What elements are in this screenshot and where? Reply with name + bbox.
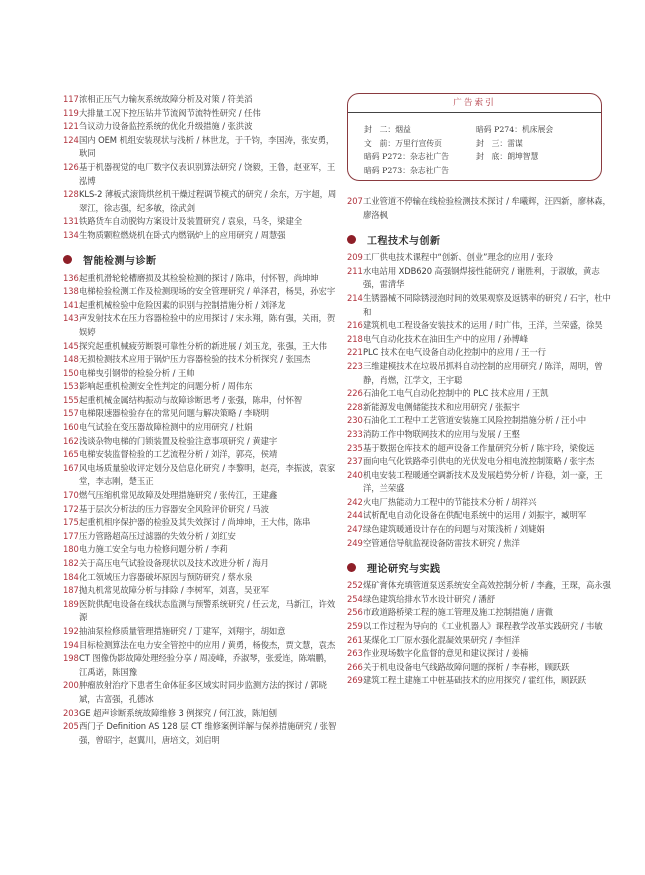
page-number: 124 (63, 134, 79, 148)
ad-index-item: 封 三：雷谋 (476, 138, 593, 149)
toc-entry[interactable]: 180电力施工安全与电力检修问题分析 / 李莉 (63, 543, 339, 557)
page-number: 216 (347, 319, 363, 333)
page-number: 203 (63, 707, 79, 721)
ad-index-item: 封 底：朗坤智慧 (476, 151, 593, 162)
toc-entry[interactable]: 209工厂供电技术课程中“创新、创业”理念的应用 / 张玲 (347, 251, 612, 265)
toc-entry[interactable]: 165电梯安装监督检验的工艺流程分析 / 刘洋，郭亮，侯靖 (63, 448, 339, 462)
toc-group-general: 117浓相正压气力输灰系统故障分析及对策 / 符美滔119大排量工况下控压钻井节… (63, 93, 339, 243)
entry-title: 消防工作中物联网技术的应用与发展 / 王壑 (363, 429, 520, 439)
toc-group-continued: 207工业管道不停输在线检验检测技术探讨 / 牟曦辉，汪四新，廖林森，廖洛枫 (347, 195, 612, 222)
toc-entry[interactable]: 124国内 OEM 机组安装现状与浅析 / 林世龙，于千钧，李国涛，张安勇，耿同 (63, 134, 339, 161)
page-number: 249 (347, 537, 363, 551)
entry-title: 电梯曳引钢带的检验分析 / 王帅 (79, 368, 194, 378)
toc-entry[interactable]: 143声发射技术在压力容器检验中的应用探讨 / 宋永翔，陈有强，关雨，贺娱婷 (63, 312, 339, 339)
toc-entry[interactable]: 256市政道路桥梁工程的施工管理及施工控制措施 / 唐微 (347, 606, 612, 620)
toc-entry[interactable]: 211水电站用 XDB620 高强钢焊接性能研究 / 谢胜利，于淑敏，黄志强，雷… (347, 265, 612, 292)
entry-title: 抛丸机常见故障分析与排除 / 李树军，刘喜，吴亚军 (79, 585, 269, 595)
ad-index-item: 暗码 P274：机床展会 (476, 124, 593, 135)
ad-advertiser: 杂志社广告 (410, 166, 449, 175)
toc-entry[interactable]: 226石油化工电气自动化控制中的 PLC 技术应用 / 王凯 (347, 387, 612, 401)
toc-entry[interactable]: 240机电安装工程暖通空调新技术及发展趋势分析 / 许稳，刘一豪，王洋，兰荣盛 (347, 469, 612, 496)
page-number: 136 (63, 272, 79, 286)
page-number: 189 (63, 598, 79, 612)
page-number: 223 (347, 360, 363, 374)
entry-title: 铁路货车自动脱钩方案设计及装置研究 / 袁泉，马冬，梁建全 (79, 216, 302, 226)
page-number: 175 (63, 516, 79, 530)
page-number: 200 (63, 679, 79, 693)
page-number: 214 (347, 292, 363, 306)
section-header-engineering: 工程技术与创新 (347, 231, 612, 247)
entry-title: 关于高压电气试验设备现状以及技术改进分析 / 海月 (79, 558, 269, 568)
toc-entry[interactable]: 126基于机器视觉的电厂数字仪表识别算法研究 / 饶毅，王鲁，赵亚军，王泓博 (63, 161, 339, 188)
entry-title: 国内 OEM 机组安装现状与浅析 / 林世龙，于千钧，李国涛，张安勇，耿同 (79, 135, 334, 159)
page-number: 244 (347, 509, 363, 523)
page-number: 126 (63, 161, 79, 175)
bullet-icon (347, 235, 356, 244)
page-number: 192 (63, 625, 79, 639)
entry-title: PLC 技术在电气设备自动化控制中的应用 / 王一行 (363, 347, 546, 357)
entry-title: 煤矿膏体充填管道泵送系统安全高效控制分析 / 李鑫，王琛，高永强 (363, 580, 611, 590)
entry-title: 绿色建筑暖通设计存在的问题与对策浅析 / 刘婕娟 (363, 524, 545, 534)
toc-entry[interactable]: 198CT 图像伪影故障处理经验分享 / 周凌峰，乔淑琴，张爱连，陈端鹏，江禹诺… (63, 652, 339, 679)
page-number: 233 (347, 428, 363, 442)
entry-title: 影响起重机检测安全性判定的问题分析 / 周伟东 (79, 381, 252, 391)
page-number: 182 (63, 557, 79, 571)
toc-entry[interactable]: 223三维建模技术在垃圾吊抓料自动控制的应用研究 / 陈洋，周明，曾静，肖燃，江… (347, 360, 612, 387)
entry-title: 西门子 Definition AS 128 层 CT 维修案例详解与保养措施研究… (79, 721, 336, 745)
entry-title: 水电站用 XDB620 高强钢焊接性能研究 / 谢胜利，于淑敏，黄志强，雷清华 (363, 266, 600, 290)
entry-title: 生锈器械不同除锈浸泡时间的效果观察及返锈率的研究 / 石宇，杜中和 (363, 293, 611, 317)
entry-title: 电梯检验检测工作及检测现场的安全管理研究 / 单泽君，杨昊，孙宏宇 (79, 286, 335, 296)
toc-entry[interactable]: 237面向电气化铁路牵引供电的光伏发电分相电流控制策略 / 张宇杰 (347, 455, 612, 469)
toc-entry[interactable]: 148无损检测技术应用于锅炉压力容器检验的技术分析探究 / 张国杰 (63, 353, 339, 367)
page-number: 259 (347, 620, 363, 634)
entry-title: 三维建模技术在垃圾吊抓料自动控制的应用研究 / 陈洋，周明，曾静，肖燃，江学文，… (363, 361, 603, 385)
page-number: 148 (63, 353, 79, 367)
ad-advertiser: 烟益 (395, 125, 411, 134)
entry-title: 压力管路超高压过滤器的失效分析 / 刘红安 (79, 531, 236, 541)
bullet-icon (347, 563, 356, 572)
page-number: 145 (63, 340, 79, 354)
entry-title: 化工领域压力容器破坏原因与预防研究 / 蔡水泉 (79, 572, 252, 582)
page-number: 180 (63, 543, 79, 557)
toc-entry[interactable]: 182关于高压电气试验设备现状以及技术改进分析 / 海月 (63, 557, 339, 571)
page-number: 228 (347, 401, 363, 415)
entry-title: 石油化工工程中工艺管道安装施工风险控制措施分析 / 汪小中 (363, 415, 586, 425)
toc-entry[interactable]: 235基于数据仓库技术的超声设备工作量研究分析 / 陈宇玲，梁俊远 (347, 442, 612, 456)
page-number: 184 (63, 571, 79, 585)
ad-index-item: 文 前：万里行宣传页 (364, 138, 476, 149)
entry-title: 无损检测技术应用于锅炉压力容器检验的技术分析探究 / 张国杰 (79, 354, 310, 364)
toc-entry[interactable]: 203GE 超声诊断系统故障维修 3 例探究 / 何江波，陈旭刨 (63, 707, 339, 721)
toc-entry[interactable]: 175起重机相序保护器的检验及其失效探讨 / 尚坤坤，王大伟，陈串 (63, 516, 339, 530)
page-number: 221 (347, 346, 363, 360)
toc-entry[interactable]: 228新能源发电侧储能技术和应用研究 / 张振宇 (347, 401, 612, 415)
ad-advertiser: 朗坤智慧 (507, 152, 538, 161)
page-number: 261 (347, 634, 363, 648)
entry-title: 新能源发电侧储能技术和应用研究 / 张振宇 (363, 402, 520, 412)
page-number: 237 (347, 455, 363, 469)
toc-entry[interactable]: 187抛丸机常见故障分析与排除 / 李树军，刘喜，吴亚军 (63, 584, 339, 598)
page-number: 153 (63, 380, 79, 394)
left-column: 117浓相正压气力输灰系统故障分析及对策 / 符美滔119大排量工况下控压钻井节… (63, 93, 339, 747)
ad-advertiser: 万里行宣传页 (395, 139, 442, 148)
toc-entry[interactable]: 263作业现场数字化监督的意见和建议探讨 / 姜楠 (347, 647, 612, 661)
entry-title: 浅谈杂物电梯的门锁装置及检验注意事项研究 / 黄建宇 (79, 436, 277, 446)
toc-entry[interactable]: 157电梯限速器检验存在的常见问题与解决策略 / 李晓明 (63, 407, 339, 421)
page-number: 218 (347, 333, 363, 347)
toc-entry[interactable]: 221PLC 技术在电气设备自动化控制中的应用 / 王一行 (347, 346, 612, 360)
entry-title: 肿瘤放射治疗下患者生命体征多区域实时同步监测方法的探讨 / 郭晓斌，古富强，孔德… (79, 680, 327, 704)
page-number: 266 (347, 661, 363, 675)
page-number: 121 (63, 120, 79, 134)
page-number: 170 (63, 489, 79, 503)
ad-position: 封 三： (476, 139, 507, 148)
page-number: 119 (63, 107, 79, 121)
page-number: 247 (347, 523, 363, 537)
section-header-theory: 理论研究与实践 (347, 559, 612, 575)
page-number: 150 (63, 367, 79, 381)
toc-entry[interactable]: 214生锈器械不同除锈浸泡时间的效果观察及返锈率的研究 / 石宇，杜中和 (347, 292, 612, 319)
entry-title: 风电场质量验收评定划分及信息化研究 / 李黎明，赵亮，李振波，袁家堂，李志刚，楚… (79, 463, 335, 487)
toc-entry[interactable]: 205西门子 Definition AS 128 层 CT 维修案例详解与保养措… (63, 720, 339, 747)
toc-entry[interactable]: 218电气自动化技术在油田生产中的应用 / 孙博峰 (347, 333, 612, 347)
toc-entry[interactable]: 269建筑工程土建施工中桩基础技术的应用探究 / 霍红伟，顾跃跃 (347, 674, 612, 688)
toc-entry[interactable]: 177压力管路超高压过滤器的失效分析 / 刘红安 (63, 530, 339, 544)
toc-group-theory: 252煤矿膏体充填管道泵送系统安全高效控制分析 / 李鑫，王琛，高永强254绿色… (347, 579, 612, 688)
ad-index-box: 广告索引 封 二：烟益暗码 P274：机床展会文 前：万里行宣传页封 三：雷谋暗… (347, 93, 602, 181)
section-title: 理论研究与实践 (367, 560, 441, 575)
page-number: 269 (347, 674, 363, 688)
toc-entry[interactable]: 266关于机电设备电气线路故障问题的探析 / 李春彬，顾跃跃 (347, 661, 612, 675)
page-number: 242 (347, 496, 363, 510)
toc-entry[interactable]: 131铁路货车自动脱钩方案设计及装置研究 / 袁泉，马冬，梁建全 (63, 215, 339, 229)
entry-title: 基于数据仓库技术的超声设备工作量研究分析 / 陈宇玲，梁俊远 (363, 443, 594, 453)
toc-entry[interactable]: 244试析配电自动化设备在供配电系统中的运用 / 刘振宇，臧明军 (347, 509, 612, 523)
entry-title: 面向电气化铁路牵引供电的光伏发电分相电流控制策略 / 张宇杰 (363, 456, 594, 466)
toc-entry[interactable]: 155起重机械金属结构振动与故障诊断思考 / 张强，陈串，付怀智 (63, 394, 339, 408)
toc-entry[interactable]: 160电气试验在变压器故障检测中的应用研究 / 杜娟 (63, 421, 339, 435)
entry-title: 起重机械检验中危险因素的识别与控制措施分析 / 刘泽龙 (79, 300, 285, 310)
ad-index-item: 封 二：烟益 (364, 124, 476, 135)
toc-entry[interactable]: 249空管通信导航监视设备防雷技术研究 / 焦洋 (347, 537, 612, 551)
ad-index-item: 暗码 P273：杂志社广告 (364, 165, 476, 176)
page-number: 226 (347, 387, 363, 401)
ad-position: 封 底： (476, 152, 507, 161)
entry-title: 浓相正压气力输灰系统故障分析及对策 / 符美滔 (79, 94, 252, 104)
ad-index-item: 暗码 P272：杂志社广告 (364, 151, 476, 162)
toc-entry[interactable]: 170燃气压缩机常见故障及处理措施研究 / 张传江，王建鑫 (63, 489, 339, 503)
toc-entry[interactable]: 150电梯曳引钢带的检验分析 / 王帅 (63, 367, 339, 381)
toc-entry[interactable]: 172基于层次分析法的压力容器安全风险评价研究 / 马波 (63, 503, 339, 517)
entry-title: 作业现场数字化监督的意见和建议探讨 / 姜楠 (363, 648, 528, 658)
toc-entry[interactable]: 242火电厂热能动力工程中的节能技术分析 / 胡祥兴 (347, 496, 612, 510)
page-number: 263 (347, 647, 363, 661)
toc-group-engineering: 209工厂供电技术课程中“创新、创业”理念的应用 / 张玲211水电站用 XDB… (347, 251, 612, 550)
toc-entry[interactable]: 216建筑机电工程设备安装技术的运用 / 时广伟，王洋，兰荣盛，徐昊 (347, 319, 612, 333)
entry-title: 以工作过程为导向的《工业机器人》课程教学改革实践研究 / 韦敏 (363, 621, 603, 631)
page-number: 235 (347, 442, 363, 456)
entry-title: GE 超声诊断系统故障维修 3 例探究 / 何江波，陈旭刨 (79, 708, 277, 718)
toc-entry[interactable]: 192抽油泵检修质量管理措施研究 / 丁建军，刘翔宇，胡如意 (63, 625, 339, 639)
entry-title: 声发射技术在压力容器检验中的应用探讨 / 宋永翔，陈有强，关雨，贺娱婷 (79, 313, 335, 337)
entry-title: 空管通信导航监视设备防雷技术研究 / 焦洋 (363, 538, 520, 548)
entry-title: KLS-2 薄板式滚筒烘丝机干燥过程调节模式的研究 / 余东，万宇超，周翠江，徐… (79, 189, 336, 213)
ad-advertiser: 机床展会 (522, 125, 553, 134)
toc-group-intelligent-detection: 136起重机滑轮轮槽磨损及其检验检测的探讨 / 陈串，付怀智，尚坤坤138电梯检… (63, 272, 339, 748)
page-number: 205 (63, 720, 79, 734)
page-number: 207 (347, 195, 363, 209)
ad-position: 封 二： (364, 125, 395, 134)
toc-entry[interactable]: 259以工作过程为导向的《工业机器人》课程教学改革实践研究 / 韦敏 (347, 620, 612, 634)
page-number: 143 (63, 312, 79, 326)
entry-title: 基于层次分析法的压力容器安全风险评价研究 / 马波 (79, 504, 269, 514)
entry-title: 机电安装工程暖通空调新技术及发展趋势分析 / 许稳，刘一豪，王洋，兰荣盛 (363, 470, 603, 494)
entry-title: 燃气压缩机常见故障及处理措施研究 / 张传江，王建鑫 (79, 490, 277, 500)
entry-title: 探究起重机械疲劳断裂可靠性分析的新进展 / 刘玉龙，张强，王大伟 (79, 341, 327, 351)
page-number: 252 (347, 579, 363, 593)
page-number: 172 (63, 503, 79, 517)
ad-position: 暗码 P274： (476, 125, 522, 134)
page-number: 141 (63, 299, 79, 313)
toc-entry[interactable]: 153影响起重机检测安全性判定的问题分析 / 周伟东 (63, 380, 339, 394)
bullet-icon (63, 255, 72, 264)
entry-title: 火电厂热能动力工程中的节能技术分析 / 胡祥兴 (363, 497, 536, 507)
page-number: 165 (63, 448, 79, 462)
entry-title: 电力施工安全与电力检修问题分析 / 李莉 (79, 544, 228, 554)
toc-entry[interactable]: 194目标检测算法在电力安全管控中的应用 / 黄勇，杨俊杰，贾文慧，袁杰 (63, 639, 339, 653)
page-number: 155 (63, 394, 79, 408)
page-number: 211 (347, 265, 363, 279)
page-number: 157 (63, 407, 79, 421)
section-title: 智能检测与诊断 (83, 252, 157, 267)
toc-entry[interactable]: 121刍议动力设备监控系统的优化升级措施 / 张洪波 (63, 120, 339, 134)
page-number: 177 (63, 530, 79, 544)
toc-entry[interactable]: 230石油化工工程中工艺管道安装施工风险控制措施分析 / 汪小中 (347, 414, 612, 428)
entry-title: 起重机械金属结构振动与故障诊断思考 / 张强，陈串，付怀智 (79, 395, 302, 405)
entry-title: 大排量工况下控压钻井节流阀节流特性研究 / 任伟 (79, 108, 261, 118)
page-number: 128 (63, 188, 79, 202)
entry-title: 电梯安装监督检验的工艺流程分析 / 刘洋，郭亮，侯靖 (79, 449, 277, 459)
page-number: 198 (63, 652, 79, 666)
entry-title: 目标检测算法在电力安全管控中的应用 / 黄勇，杨俊杰，贾文慧，袁杰 (79, 640, 335, 650)
page-number: 134 (63, 229, 79, 243)
entry-title: 某煤化工厂原水强化混凝效果研究 / 李恒洋 (363, 635, 520, 645)
ad-index-list: 封 二：烟益暗码 P274：机床展会文 前：万里行宣传页封 三：雷谋暗码 P27… (364, 124, 593, 176)
entry-title: 电气自动化技术在油田生产中的应用 / 孙博峰 (363, 334, 528, 344)
entry-title: 起重机相序保护器的检验及其失效探讨 / 尚坤坤，王大伟，陈串 (79, 517, 310, 527)
page-number: 131 (63, 215, 79, 229)
ad-position: 暗码 P273： (364, 166, 410, 175)
entry-title: 建筑机电工程设备安装技术的运用 / 时广伟，王洋，兰荣盛，徐昊 (363, 320, 603, 330)
toc-entry[interactable]: 162浅谈杂物电梯的门锁装置及检验注意事项研究 / 黄建宇 (63, 435, 339, 449)
page-number: 209 (347, 251, 363, 265)
toc-entry[interactable]: 138电梯检验检测工作及检测现场的安全管理研究 / 单泽君，杨昊，孙宏宇 (63, 285, 339, 299)
page-number: 194 (63, 639, 79, 653)
ad-position: 文 前： (364, 139, 395, 148)
toc-entry[interactable]: 200肿瘤放射治疗下患者生命体征多区域实时同步监测方法的探讨 / 郭晓斌，古富强… (63, 679, 339, 706)
toc-entry[interactable]: 207工业管道不停输在线检验检测技术探讨 / 牟曦辉，汪四新，廖林森，廖洛枫 (347, 195, 612, 222)
page-number: 187 (63, 584, 79, 598)
entry-title: 电气试验在变压器故障检测中的应用研究 / 杜娟 (79, 422, 252, 432)
entry-title: 石油化工电气自动化控制中的 PLC 技术应用 / 王凯 (363, 388, 548, 398)
entry-title: 市政道路桥梁工程的施工管理及施工控制措施 / 唐微 (363, 607, 553, 617)
entry-title: 关于机电设备电气线路故障问题的探析 / 李春彬，顾跃跃 (363, 662, 569, 672)
toc-entry[interactable]: 117浓相正压气力输灰系统故障分析及对策 / 符美滔 (63, 93, 339, 107)
page-number: 138 (63, 285, 79, 299)
page-number: 240 (347, 469, 363, 483)
toc-entry[interactable]: 134生物质颗粒燃烧机在卧式内燃锅炉上的应用研究 / 周慧强 (63, 229, 339, 243)
entry-title: 生物质颗粒燃烧机在卧式内燃锅炉上的应用研究 / 周慧强 (79, 230, 285, 240)
page-number: 162 (63, 435, 79, 449)
entry-title: 绿色建筑给排水节水设计研究 / 潘舒 (363, 594, 495, 604)
page-number: 160 (63, 421, 79, 435)
page-number: 117 (63, 93, 79, 107)
toc-entry[interactable]: 128KLS-2 薄板式滚筒烘丝机干燥过程调节模式的研究 / 余东，万宇超，周翠… (63, 188, 339, 215)
toc-entry[interactable]: 145探究起重机械疲劳断裂可靠性分析的新进展 / 刘玉龙，张强，王大伟 (63, 340, 339, 354)
section-title: 工程技术与创新 (367, 232, 441, 247)
entry-title: 试析配电自动化设备在供配电系统中的运用 / 刘振宇，臧明军 (363, 510, 586, 520)
toc-entry[interactable]: 136起重机滑轮轮槽磨损及其检验检测的探讨 / 陈串，付怀智，尚坤坤 (63, 272, 339, 286)
toc-entry[interactable]: 167风电场质量验收评定划分及信息化研究 / 李黎明，赵亮，李振波，袁家堂，李志… (63, 462, 339, 489)
toc-entry[interactable]: 252煤矿膏体充填管道泵送系统安全高效控制分析 / 李鑫，王琛，高永强 (347, 579, 612, 593)
right-column: 广告索引 封 二：烟益暗码 P274：机床展会文 前：万里行宣传页封 三：雷谋暗… (347, 93, 612, 688)
entry-title: 建筑工程土建施工中桩基础技术的应用探究 / 霍红伟，顾跃跃 (363, 675, 586, 685)
section-header-intelligent-detection: 智能检测与诊断 (63, 252, 339, 268)
entry-title: 工厂供电技术课程中“创新、创业”理念的应用 / 张玲 (363, 252, 553, 262)
page-number: 167 (63, 462, 79, 476)
entry-title: 起重机滑轮轮槽磨损及其检验检测的探讨 / 陈串，付怀智，尚坤坤 (79, 273, 319, 283)
ad-index-title: 广告索引 (348, 94, 601, 113)
toc-entry[interactable]: 254绿色建筑给排水节水设计研究 / 潘舒 (347, 593, 612, 607)
page-number: 230 (347, 414, 363, 428)
toc-entry[interactable]: 247绿色建筑暖通设计存在的问题与对策浅析 / 刘婕娟 (347, 523, 612, 537)
entry-title: CT 图像伪影故障处理经验分享 / 周凌峰，乔淑琴，张爱连，陈端鹏，江禹诺，陈国… (79, 653, 332, 677)
entry-title: 刍议动力设备监控系统的优化升级措施 / 张洪波 (79, 121, 252, 131)
toc-entry[interactable]: 141起重机械检验中危险因素的识别与控制措施分析 / 刘泽龙 (63, 299, 339, 313)
entry-title: 抽油泵检修质量管理措施研究 / 丁建军，刘翔宇，胡如意 (79, 626, 285, 636)
page-number: 256 (347, 606, 363, 620)
entry-title: 医院供配电设备在线状态监测与预警系统研究 / 任云龙，马新江，许效源 (79, 599, 335, 623)
ad-advertiser: 杂志社广告 (410, 152, 449, 161)
ad-position: 暗码 P272： (364, 152, 410, 161)
ad-advertiser: 雷谋 (507, 139, 523, 148)
toc-entry[interactable]: 189医院供配电设备在线状态监测与预警系统研究 / 任云龙，马新江，许效源 (63, 598, 339, 625)
page-number: 254 (347, 593, 363, 607)
entry-title: 工业管道不停输在线检验检测技术探讨 / 牟曦辉，汪四新，廖林森，廖洛枫 (363, 196, 611, 220)
toc-entry[interactable]: 119大排量工况下控压钻井节流阀节流特性研究 / 任伟 (63, 107, 339, 121)
entry-title: 电梯限速器检验存在的常见问题与解决策略 / 李晓明 (79, 408, 269, 418)
entry-title: 基于机器视觉的电厂数字仪表识别算法研究 / 饶毅，王鲁，赵亚军，王泓博 (79, 162, 335, 186)
toc-entry[interactable]: 233消防工作中物联网技术的应用与发展 / 王壑 (347, 428, 612, 442)
toc-entry[interactable]: 261某煤化工厂原水强化混凝效果研究 / 李恒洋 (347, 634, 612, 648)
toc-entry[interactable]: 184化工领域压力容器破坏原因与预防研究 / 蔡水泉 (63, 571, 339, 585)
